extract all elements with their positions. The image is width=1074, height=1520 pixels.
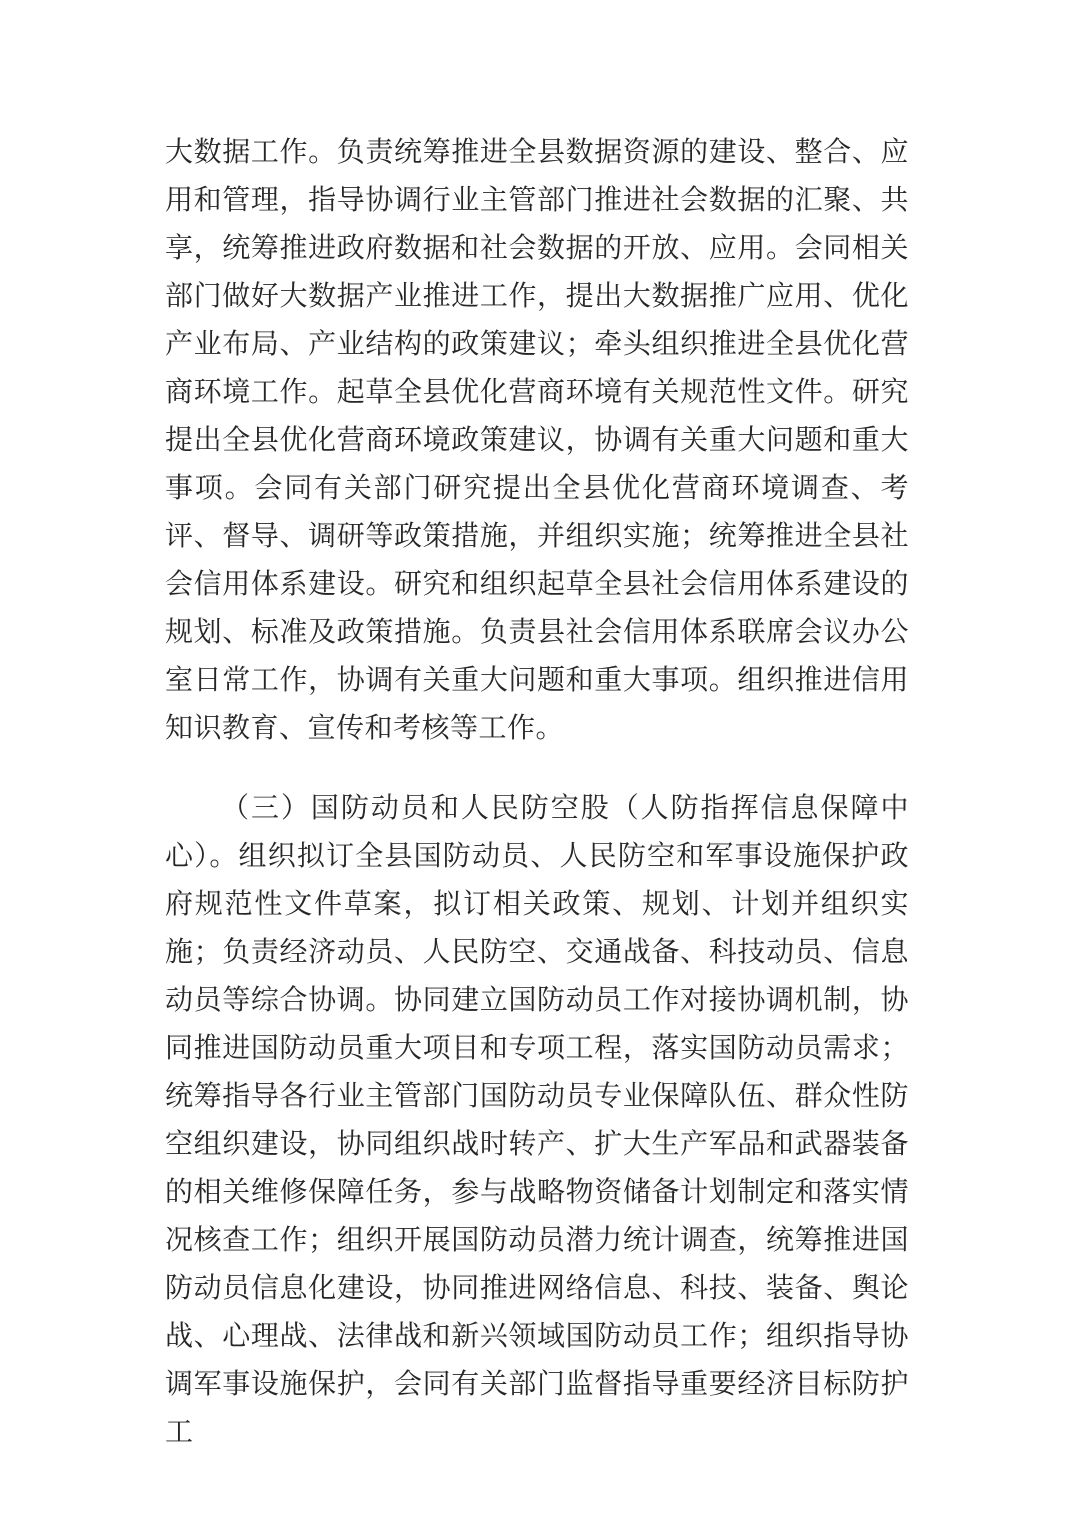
paragraph-duties-bigdata-credit: 大数据工作。负责统筹推进全县数据资源的建设、整合、应用和管理，指导协调行业主管部… [165,128,909,752]
document-page: 大数据工作。负责统筹推进全县数据资源的建设、整合、应用和管理，指导协调行业主管部… [0,0,1074,1520]
paragraph-section-3-national-defense-mobilization: （三）国防动员和人民防空股（人防指挥信息保障中心）。组织拟订全县国防动员、人民防… [165,784,909,1456]
